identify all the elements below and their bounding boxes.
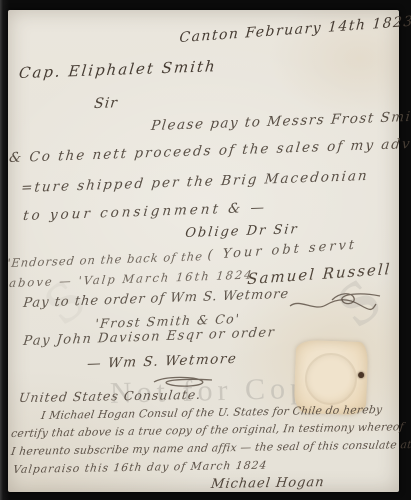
wetmore-signature: — Wm S. Wetmore [86, 351, 238, 372]
body-line-2: & Co the nett proceeds of the sales of m… [8, 135, 411, 166]
pay-davison-line: Pay John Davison Esqr or order [22, 325, 276, 349]
body-line-1: Please pay to Messrs Frost Smith [150, 108, 411, 134]
certificate-line-1: I Michael Hogan Consul of the U. States … [40, 403, 383, 422]
consulate-heading: United States Consulate. [18, 387, 202, 405]
dateline: Canton February 14th 1823 [179, 14, 411, 47]
frost-smith-line: 'Frost Smith & Co' [94, 311, 241, 331]
salutation: Sir [93, 95, 118, 112]
certificate-line-4: Valparaiso this 16th day of March 1824 [12, 459, 268, 476]
closing-line-2: ( Your obt servt [207, 238, 358, 264]
certificate-line-2: certify that above is a true copy of the… [10, 420, 404, 440]
letter-photograph: S S Not for Copy Canton February 14th 18… [0, 0, 411, 500]
body-line-4: to your consignment & — [22, 199, 268, 224]
manuscript-text-layer: Canton February 14th 1823Cap. Eliphalet … [0, 0, 411, 500]
endorsement-note-2: above — 'Valp March 16th 1824 [9, 267, 255, 290]
body-line-3: =ture shipped per the Brig Macedonian [20, 168, 369, 196]
recipient: Cap. Eliphalet Smith [18, 57, 218, 82]
russell-signature: Samuel Russell [247, 260, 392, 288]
hogan-signature: Michael Hogan [210, 475, 325, 492]
certificate-line-3: I hereunto subscribe my name and affix —… [10, 438, 411, 458]
closing-line-1: Oblige Dr Sir [184, 222, 299, 241]
endorsement-note-1: 'Endorsed on the back of the [7, 249, 204, 270]
pay-wetmore-line: Pay to the order of Wm S. Wetmore [22, 287, 289, 311]
